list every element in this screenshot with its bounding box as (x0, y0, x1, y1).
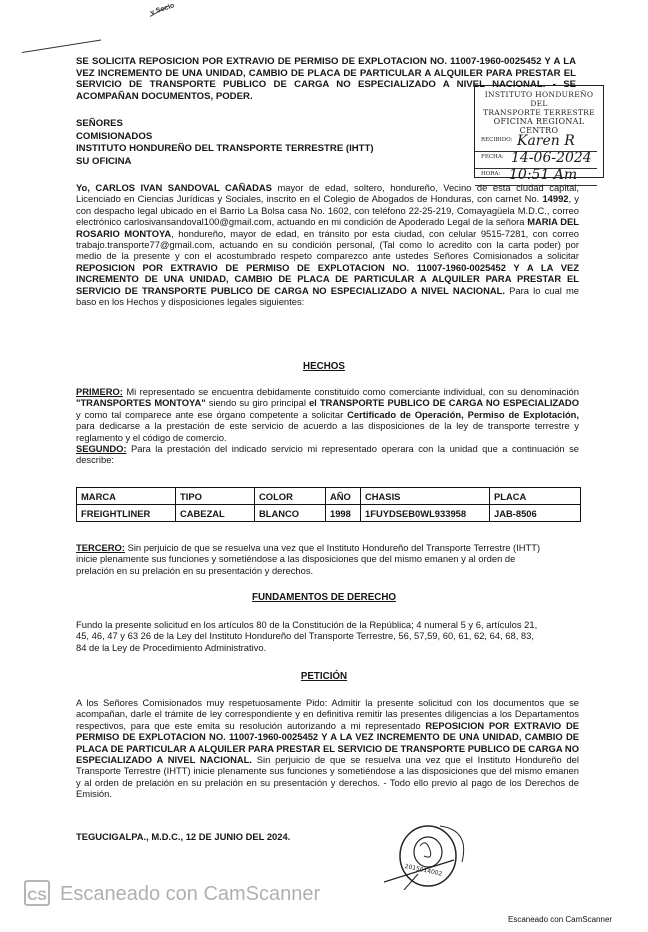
addressee: SEÑORES COMISIONADOS INSTITUTO HONDUREÑO… (76, 118, 374, 168)
cell-color: BLANCO (255, 505, 326, 522)
stamp-fecha-label: FECHA: (481, 154, 504, 160)
stamp-line: INSTITUTO HONDUREÑO DEL (475, 90, 603, 108)
vehicle-table-header: MARCA TIPO COLOR AÑO CHASIS PLACA (77, 488, 581, 505)
stamp-line: TRANSPORTE TERRESTRE (475, 108, 603, 117)
tercero-label: TERCERO: (76, 542, 125, 553)
header-cell: COLOR (255, 488, 326, 505)
header-cell: MARCA (77, 488, 176, 505)
header-cell: PLACA (490, 488, 581, 505)
header-cell: CHASIS (361, 488, 490, 505)
table-row: FREIGHTLINER CABEZAL BLANCO 1998 1FUYDSE… (77, 505, 581, 522)
stamp-fecha-value: 14-06-2024 (511, 150, 592, 166)
addressee-line: SU OFICINA (76, 156, 374, 169)
primero-text: para dedicarse a la prestación de este s… (76, 420, 579, 442)
intro-paragraph: Yo, CARLOS IVAN SANDOVAL CAÑADAS mayor d… (76, 182, 579, 307)
primero-text: y como tal comparece ante ese órgano com… (76, 409, 347, 420)
stamp-recibido-value: Karen R (517, 133, 575, 149)
primero-paragraph: PRIMERO: Mi representado se encuentra de… (76, 386, 579, 466)
lawyer-seal-icon: 2015014002 (384, 822, 472, 890)
section-title-peticion: PETICIÓN (0, 671, 648, 682)
addressee-line: INSTITUTO HONDUREÑO DEL TRANSPORTE TERRE… (76, 143, 374, 156)
vehicle-table: MARCA TIPO COLOR AÑO CHASIS PLACA FREIGH… (76, 487, 581, 522)
tercero-paragraph: TERCERO: Sin perjuicio de que se resuelv… (76, 542, 546, 576)
camscanner-logo-icon: CS (24, 880, 50, 906)
segundo-text: Para la prestación del indicado servicio… (76, 443, 579, 465)
stamp-hora-label: HORA: (481, 171, 500, 177)
peticion-paragraph: A los Señores Comisionados muy respetuos… (76, 697, 579, 800)
section-title-hechos: HECHOS (0, 361, 648, 372)
primero-label: PRIMERO: (76, 386, 123, 397)
cell-marca: FREIGHTLINER (77, 505, 176, 522)
certificado-text: Certificado de Operación, Permiso de Exp… (347, 409, 579, 420)
camscanner-watermark: Escaneado con CamScanner (60, 880, 320, 908)
fundamentos-paragraph: Fundo la presente solicitud en los artíc… (76, 619, 546, 653)
stamp-hora-value: 10:51 Am (509, 167, 577, 183)
section-title-fundamentos: FUNDAMENTOS DE DERECHO (0, 592, 648, 603)
segundo-label: SEGUNDO: (76, 443, 127, 454)
cell-chasis: 1FUYDSEB0WL933958 (361, 505, 490, 522)
addressee-line: SEÑORES (76, 118, 374, 131)
company-name: "TRANSPORTES MONTOYA" (76, 397, 206, 408)
carnet-number: 14992 (542, 193, 568, 204)
camscanner-footer: Escaneado con CamScanner (508, 915, 612, 924)
request-text: REPOSICION POR EXTRAVIO DE PERMISO DE EX… (76, 262, 579, 296)
addressee-line: COMISIONADOS (76, 131, 374, 144)
primero-text: siendo su giro principal (206, 397, 309, 408)
reception-stamp: INSTITUTO HONDUREÑO DEL TRANSPORTE TERRE… (474, 85, 604, 178)
cell-tipo: CABEZAL (176, 505, 255, 522)
stamp-recibido-label: RECIBIDO: (481, 137, 513, 143)
scanned-document-page: v Socio SE SOLICITA REPOSICION POR EXTRA… (0, 0, 648, 932)
primero-text: Mi representado se encuentra debidamente… (123, 386, 579, 397)
pen-stroke (22, 39, 101, 53)
company-giro: el TRANSPORTE PUBLICO DE CARGA NO ESPECI… (309, 397, 579, 408)
header-cell: TIPO (176, 488, 255, 505)
cell-ano: 1998 (326, 505, 361, 522)
attorney-name: Yo, CARLOS IVAN SANDOVAL CAÑADAS (76, 182, 272, 193)
tercero-text: Sin perjuicio de que se resuelva una vez… (76, 542, 540, 576)
header-cell: AÑO (326, 488, 361, 505)
cell-placa: JAB-8506 (490, 505, 581, 522)
place-date: TEGUCIGALPA., M.D.C., 12 DE JUNIO DEL 20… (76, 831, 579, 842)
